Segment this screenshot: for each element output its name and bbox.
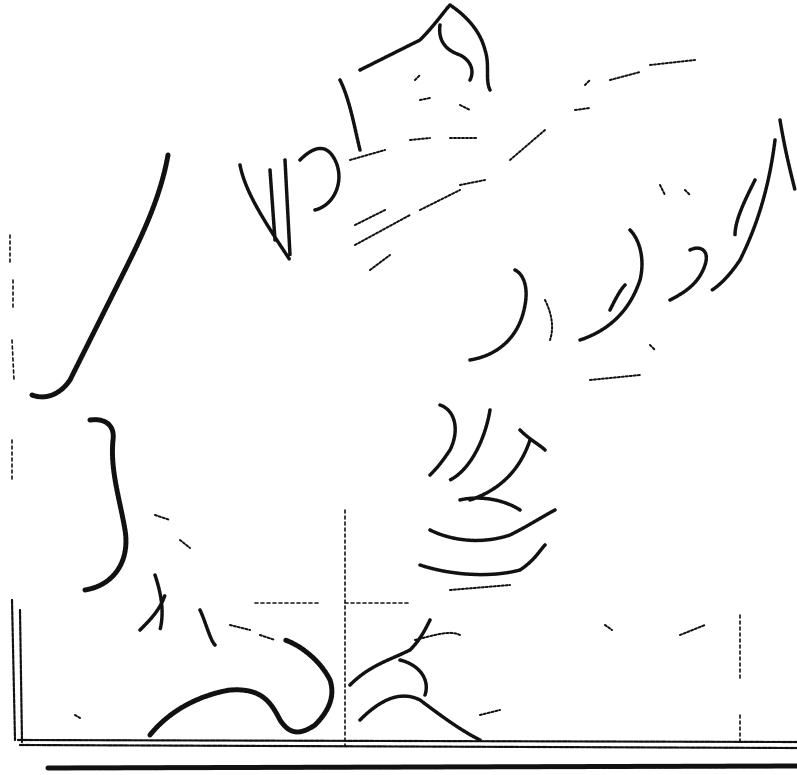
top-peak-inner [440,25,472,80]
diagonal-dash-lines [355,60,695,245]
left-edge-ticks [12,340,14,380]
head-scribble [240,80,390,270]
small-mark [180,540,190,548]
dash-line [410,138,430,140]
left-hook-stroke [85,420,126,590]
small-mark [460,105,470,110]
small-mark [155,515,170,520]
small-mark [420,98,430,100]
center-right-stacked-curves [420,405,555,590]
bottom-left-scribble [75,595,275,718]
left-curved-stroke [32,155,168,397]
sketch-canvas [0,0,797,775]
bottom-frame [12,600,797,768]
bottom-arch-stroke [150,640,332,735]
right-hatched-cluster [470,120,795,380]
bottom-right-scribble [350,620,705,740]
small-mark [415,75,420,80]
